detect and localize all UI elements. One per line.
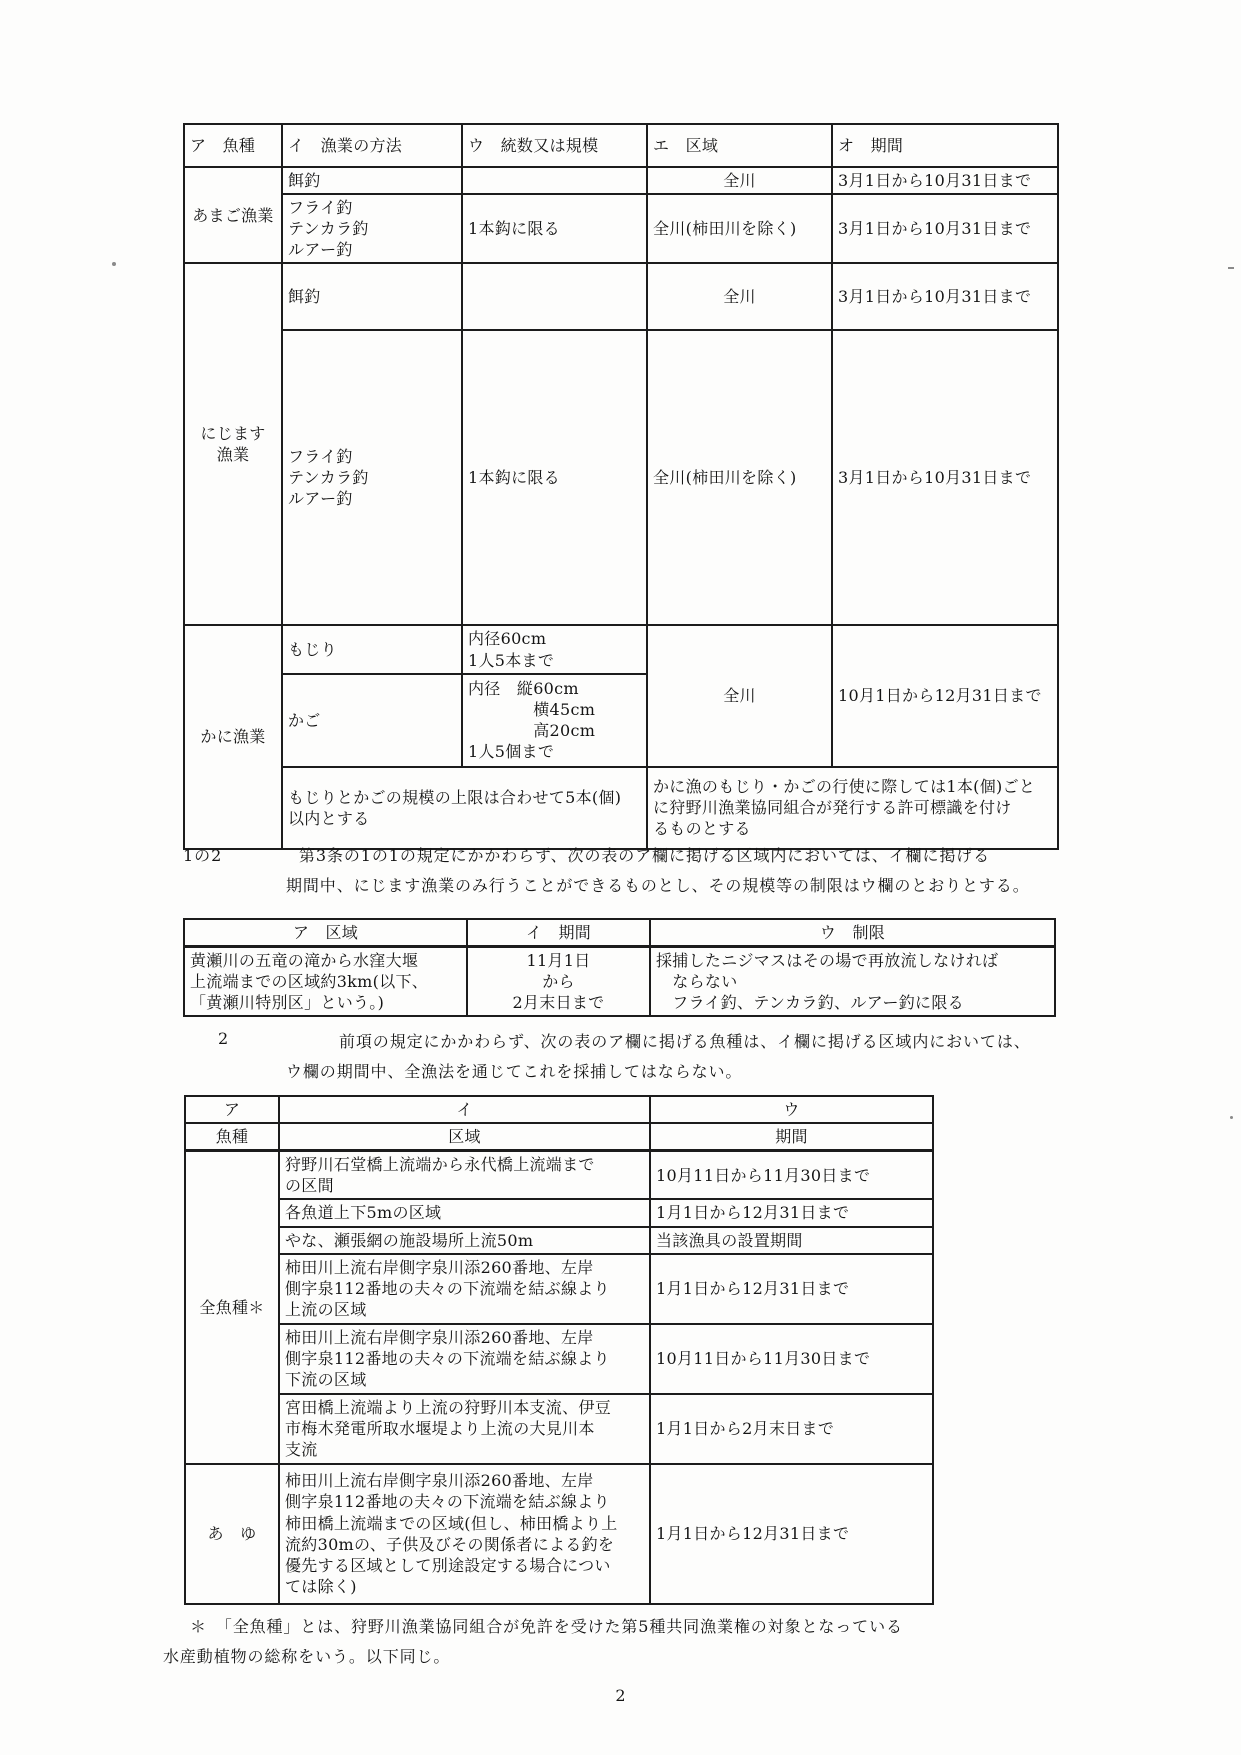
t1-nijimasu-species: にじます 漁業 bbox=[184, 263, 282, 625]
t2-area: 黄瀬川の五竜の滝から水窪大堰 上流端までの区域約3km(以下、 「黄瀬川特別区」… bbox=[184, 947, 467, 1017]
scan-artifact-dot bbox=[112, 262, 116, 266]
t3-header-i: イ bbox=[279, 1096, 650, 1123]
section-1-2-text: 第3条の1の1の規定にかかわらず、次の表のア欄に掲げる区域内においては、イ欄に掲… bbox=[286, 841, 1081, 901]
t3-g0-r3-area: 柿田川上流右岸側字泉川添260番地、左岸 側字泉112番地の夫々の下流端を結ぶ線… bbox=[279, 1254, 650, 1324]
t2-restriction: 採捕したニジマスはその場で再放流しなければ ならない フライ釣、テンカラ釣、ルア… bbox=[650, 947, 1055, 1017]
t1-nijimasu-r1-method: フライ釣 テンカラ釣 ルアー釣 bbox=[282, 330, 462, 625]
t2-period: 11月1日 から 2月末日まで bbox=[467, 947, 650, 1017]
t2-header-period: イ 期間 bbox=[467, 919, 650, 947]
t3-header-u: ウ bbox=[650, 1096, 933, 1123]
table-row: にじます 漁業 餌釣 全川 3月1日から10月31日まで bbox=[184, 263, 1058, 330]
scan-artifact-dot bbox=[1230, 1116, 1233, 1119]
t1-nijimasu-r0-method: 餌釣 bbox=[282, 263, 462, 330]
t3-subheader-period: 期間 bbox=[650, 1123, 933, 1151]
t3-g0-r1-area: 各魚道上下5mの区域 bbox=[279, 1199, 650, 1226]
t1-kani-area: 全川 bbox=[647, 625, 832, 766]
t1-amago-r0-scale bbox=[462, 167, 647, 194]
table-row: あまご漁業 餌釣 全川 3月1日から10月31日まで bbox=[184, 167, 1058, 194]
t3-header-a: ア bbox=[185, 1096, 279, 1123]
table-row: もじりとかごの規模の上限は合わせて5本(個) 以内とする かに漁のもじり・かごの… bbox=[184, 767, 1058, 849]
t3-g0-r2-period: 当該漁具の設置期間 bbox=[650, 1227, 933, 1254]
table-row: フライ釣 テンカラ釣 ルアー釣 1本鈎に限る 全川(柿田川を除く) 3月1日から… bbox=[184, 194, 1058, 263]
t1-nijimasu-r0-area: 全川 bbox=[647, 263, 832, 330]
t1-header-species: ア 魚種 bbox=[184, 124, 282, 167]
t1-nijimasu-r1-area: 全川(柿田川を除く) bbox=[647, 330, 832, 625]
t3-subheader-species: 魚種 bbox=[185, 1123, 279, 1151]
t3-g0-r5-period: 1月1日から2月末日まで bbox=[650, 1394, 933, 1464]
t1-kani-species: かに漁業 bbox=[184, 625, 282, 848]
page-number: 2 bbox=[0, 1686, 1241, 1705]
table-row: 柿田川上流右岸側字泉川添260番地、左岸 側字泉112番地の夫々の下流端を結ぶ線… bbox=[185, 1324, 933, 1394]
t1-kani-r1-scale: 内径 縦60cm 横45cm 高20cm 1人5個まで bbox=[462, 674, 647, 767]
t1-amago-r1-scale: 1本鈎に限る bbox=[462, 194, 647, 263]
section-1-2-label: 1の2 bbox=[183, 843, 222, 866]
t3-subheader-area: 区域 bbox=[279, 1123, 650, 1151]
t1-amago-r0-method: 餌釣 bbox=[282, 167, 462, 194]
t1-header-period: オ 期間 bbox=[832, 124, 1058, 167]
t1-amago-species: あまご漁業 bbox=[184, 167, 282, 263]
t1-header-area: エ 区域 bbox=[647, 124, 832, 167]
t3-g1-r0-period: 1月1日から12月31日まで bbox=[650, 1464, 933, 1604]
t1-header-scale: ウ 統数又は規模 bbox=[462, 124, 647, 167]
t3-g0-r3-period: 1月1日から12月31日まで bbox=[650, 1254, 933, 1324]
t1-nijimasu-r0-period: 3月1日から10月31日まで bbox=[832, 263, 1058, 330]
table-row: 宮田橋上流端より上流の狩野川本支流、伊豆 市梅木発電所取水堰堤より上流の大見川本… bbox=[185, 1394, 933, 1464]
scanned-document-page: ア 魚種 イ 漁業の方法 ウ 統数又は規模 エ 区域 オ 期間 あまご漁業 餌釣… bbox=[0, 0, 1241, 1755]
table-row: フライ釣 テンカラ釣 ルアー釣 1本鈎に限る 全川(柿田川を除く) 3月1日から… bbox=[184, 330, 1058, 625]
t1-kani-r0-scale: 内径60cm 1人5本まで bbox=[462, 625, 647, 673]
fishing-method-table: ア 魚種 イ 漁業の方法 ウ 統数又は規模 エ 区域 オ 期間 あまご漁業 餌釣… bbox=[183, 123, 1059, 850]
scan-artifact-mark bbox=[1228, 267, 1234, 269]
special-zone-table: ア 区域 イ 期間 ウ 制限 黄瀬川の五竜の滝から水窪大堰 上流端までの区域約3… bbox=[183, 918, 1056, 1017]
t3-g0-r2-area: やな、瀬張網の施設場所上流50m bbox=[279, 1227, 650, 1254]
t2-header-area: ア 区域 bbox=[184, 919, 467, 947]
t1-kani-note-right: かに漁のもじり・かごの行使に際しては1本(個)ごと に狩野川漁業協同組合が発行す… bbox=[647, 767, 1058, 849]
t1-header-method: イ 漁業の方法 bbox=[282, 124, 462, 167]
t1-amago-r1-method: フライ釣 テンカラ釣 ルアー釣 bbox=[282, 194, 462, 263]
t3-g0-r0-area: 狩野川石堂橋上流端から永代橋上流端まで の区間 bbox=[279, 1151, 650, 1200]
t1-nijimasu-r1-period: 3月1日から10月31日まで bbox=[832, 330, 1058, 625]
t1-amago-r0-period: 3月1日から10月31日まで bbox=[832, 167, 1058, 194]
t1-kani-r1-method: かご bbox=[282, 674, 462, 767]
section-2-label: 2 bbox=[218, 1029, 229, 1048]
t1-amago-r0-area: 全川 bbox=[647, 167, 832, 194]
table-row: あ ゆ 柿田川上流右岸側字泉川添260番地、左岸 側字泉112番地の夫々の下流端… bbox=[185, 1464, 933, 1604]
t3-g1-r0-area: 柿田川上流右岸側字泉川添260番地、左岸 側字泉112番地の夫々の下流端を結ぶ線… bbox=[279, 1464, 650, 1604]
table-row: 黄瀬川の五竜の滝から水窪大堰 上流端までの区域約3km(以下、 「黄瀬川特別区」… bbox=[184, 947, 1055, 1017]
closed-area-table: ア イ ウ 魚種 区域 期間 全魚種＊ 狩野川石堂橋上流端から永代橋上流端まで … bbox=[184, 1095, 934, 1605]
t3-g0-r4-period: 10月11日から11月30日まで bbox=[650, 1324, 933, 1394]
footnote-all-species: ＊ 「全魚種」とは、狩野川漁業協同組合が免許を受けた第5種共同漁業権の対象となっ… bbox=[163, 1612, 973, 1672]
t3-g0-r4-area: 柿田川上流右岸側字泉川添260番地、左岸 側字泉112番地の夫々の下流端を結ぶ線… bbox=[279, 1324, 650, 1394]
t3-species-ayu: あ ゆ bbox=[185, 1464, 279, 1604]
t1-kani-note-left: もじりとかごの規模の上限は合わせて5本(個) 以内とする bbox=[282, 767, 647, 849]
t1-nijimasu-r1-scale: 1本鈎に限る bbox=[462, 330, 647, 625]
t3-g0-r1-period: 1月1日から12月31日まで bbox=[650, 1199, 933, 1226]
table-row: かに漁業 もじり 内径60cm 1人5本まで 全川 10月1日から12月31日ま… bbox=[184, 625, 1058, 673]
section-2-text: 前項の規定にかかわらず、次の表のア欄に掲げる魚種は、イ欄に掲げる区域内においては… bbox=[286, 1027, 1081, 1087]
table-row: 各魚道上下5mの区域 1月1日から12月31日まで bbox=[185, 1199, 933, 1226]
t1-amago-r1-period: 3月1日から10月31日まで bbox=[832, 194, 1058, 263]
t1-kani-r0-method: もじり bbox=[282, 625, 462, 673]
table-row: 全魚種＊ 狩野川石堂橋上流端から永代橋上流端まで の区間 10月11日から11月… bbox=[185, 1151, 933, 1200]
t1-kani-period: 10月1日から12月31日まで bbox=[832, 625, 1058, 766]
t1-nijimasu-r0-scale bbox=[462, 263, 647, 330]
t3-g0-r0-period: 10月11日から11月30日まで bbox=[650, 1151, 933, 1200]
t3-species-all: 全魚種＊ bbox=[185, 1151, 279, 1464]
t1-amago-r1-area: 全川(柿田川を除く) bbox=[647, 194, 832, 263]
table-row: やな、瀬張網の施設場所上流50m 当該漁具の設置期間 bbox=[185, 1227, 933, 1254]
t2-header-restriction: ウ 制限 bbox=[650, 919, 1055, 947]
t3-g0-r5-area: 宮田橋上流端より上流の狩野川本支流、伊豆 市梅木発電所取水堰堤より上流の大見川本… bbox=[279, 1394, 650, 1464]
table-row: 柿田川上流右岸側字泉川添260番地、左岸 側字泉112番地の夫々の下流端を結ぶ線… bbox=[185, 1254, 933, 1324]
